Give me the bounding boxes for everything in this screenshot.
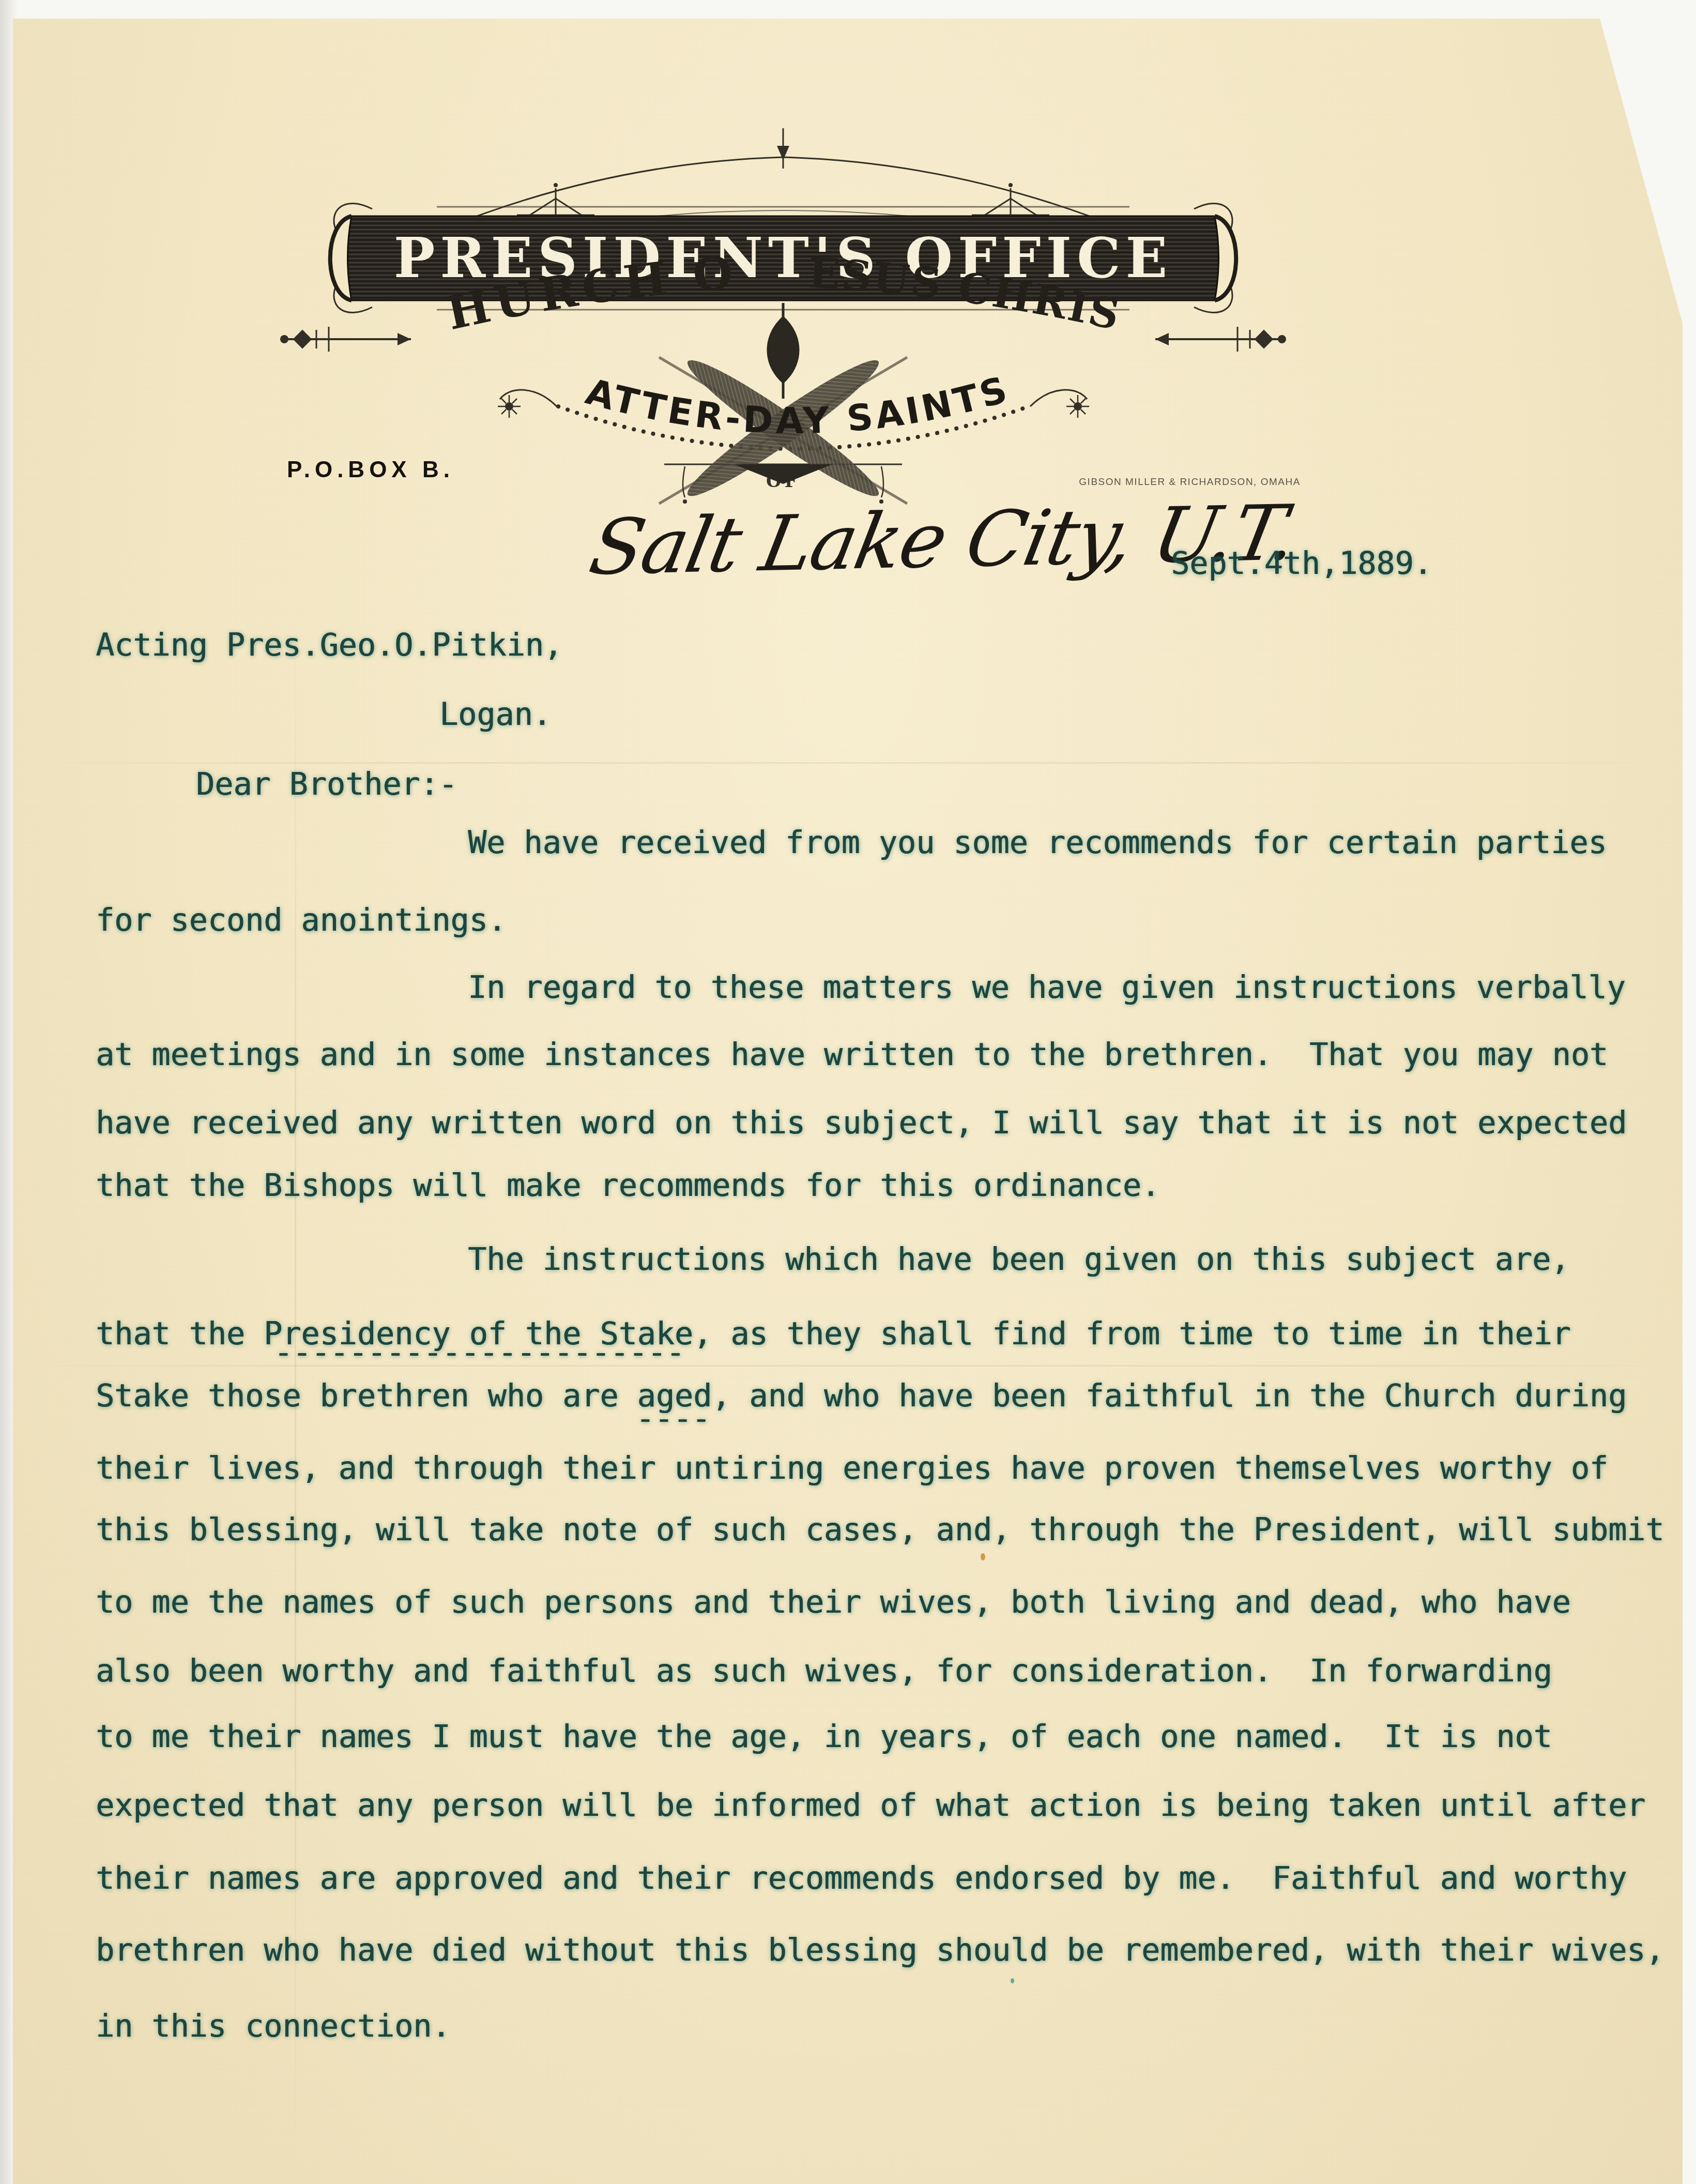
typed-line: this blessing, will take note of such ca… bbox=[96, 1514, 1664, 1545]
recipient-city-line: Logan. bbox=[439, 699, 552, 730]
typed-line: for second anointings. bbox=[96, 905, 507, 936]
paper-crease-horizontal-2 bbox=[13, 762, 1683, 764]
printer-credit: GIBSON MILLER & RICHARDSON, OMAHA. bbox=[1079, 477, 1300, 488]
typed-underline-presidency: ---------------------- bbox=[274, 1337, 685, 1368]
typed-underline-aged: ---- bbox=[636, 1403, 711, 1434]
letter-paper: PRESIDENT'S OFFICE CHURCH OF JESUS CHRIS… bbox=[13, 19, 1683, 2184]
pendant-ornament bbox=[767, 303, 800, 399]
typed-line: their names are approved and their recom… bbox=[96, 1863, 1627, 1894]
paper-crease-vertical bbox=[295, 613, 296, 2164]
typed-line: have received any written word on this s… bbox=[96, 1108, 1627, 1139]
typed-line: their lives, and through their untiring … bbox=[96, 1453, 1608, 1484]
typed-line: The instructions which have been given o… bbox=[468, 1244, 1569, 1275]
po-box-label: P.O.BOX B. bbox=[287, 457, 454, 483]
typed-line: at meetings and in some instances have w… bbox=[96, 1039, 1608, 1070]
scanned-letter-page: { "letterhead": { "office": "PRESIDENT'S… bbox=[0, 0, 1696, 2184]
paper-crease-horizontal-1 bbox=[13, 1365, 1683, 1367]
recipient-line: Acting Pres.Geo.O.Pitkin, bbox=[96, 630, 562, 661]
plumb-triangle bbox=[734, 464, 832, 484]
letterhead-art: PRESIDENT'S OFFICE CHURCH OF JESUS CHRIS… bbox=[266, 96, 1300, 520]
salutation-line: Dear Brother:- bbox=[196, 769, 457, 800]
typed-line: to me their names I must have the age, i… bbox=[96, 1721, 1552, 1752]
typed-line: expected that any person will be informe… bbox=[96, 1790, 1645, 1821]
typed-line: in this connection. bbox=[96, 2011, 450, 2042]
date-line: Sept.4th,1889. bbox=[1171, 548, 1432, 579]
typed-line: to me the names of such persons and thei… bbox=[96, 1587, 1571, 1618]
typed-line: Stake those brethren who are aged, and w… bbox=[96, 1381, 1627, 1412]
typed-line: brethren who have died without this bles… bbox=[96, 1935, 1664, 1966]
typed-line: We have received from you some recommend… bbox=[468, 827, 1607, 858]
typed-line: that the Bishops will make recommends fo… bbox=[96, 1170, 1160, 1201]
typed-line: In regard to these matters we have given… bbox=[468, 972, 1626, 1003]
typed-line: also been worthy and faithful as such wi… bbox=[96, 1656, 1552, 1687]
paper-speck-orange bbox=[981, 1553, 985, 1560]
paper-speck-teal bbox=[1011, 1978, 1014, 1983]
folded-corner bbox=[1584, 19, 1683, 324]
